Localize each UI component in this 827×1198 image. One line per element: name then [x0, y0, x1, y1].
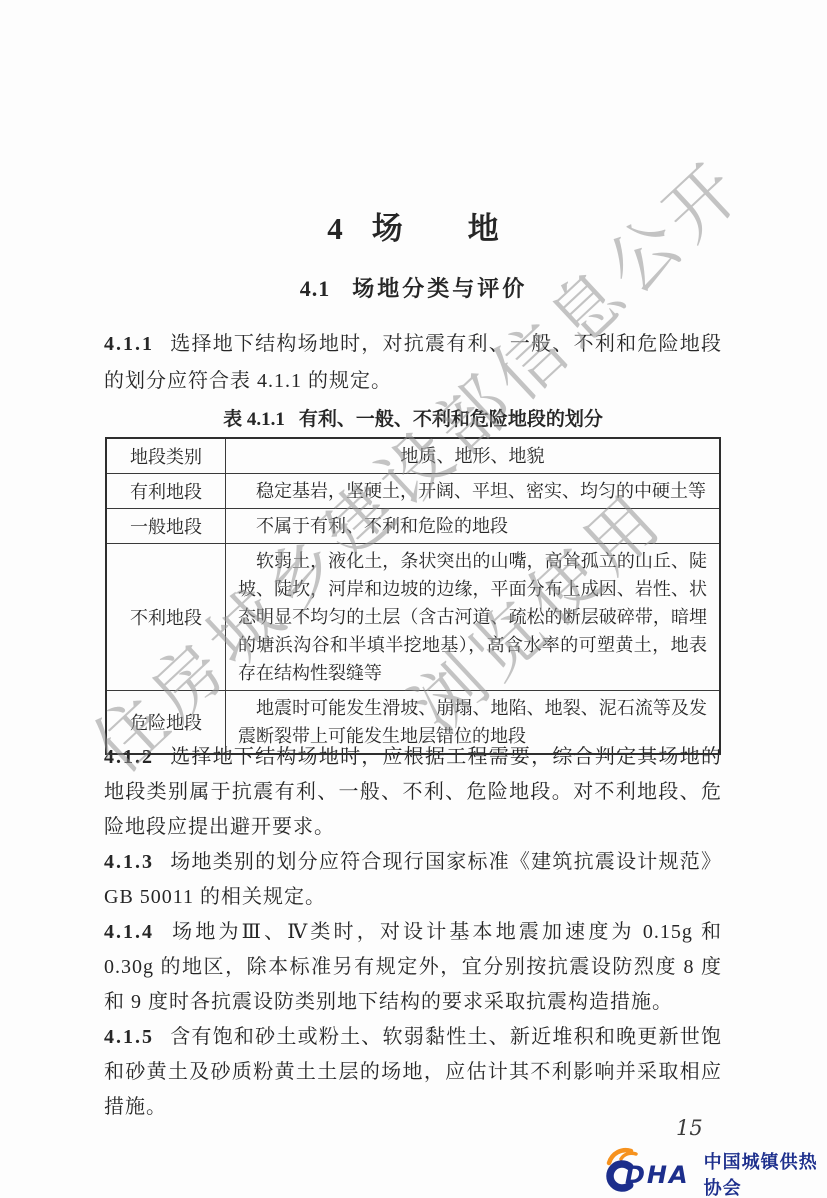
section-title: 场地分类与评价: [352, 276, 527, 301]
row-label: 一般地段: [106, 509, 226, 544]
table-header-row: 地段类别 地质、地形、地貌: [106, 438, 720, 474]
clause-text: 选择地下结构场地时，应根据工程需要，综合判定其场地的地段类别属于抗震有利、一般、…: [104, 746, 722, 838]
clause-text: 含有饱和砂土或粉土、软弱黏性土、新近堆积和晚更新世饱和砂黄土及砂质粉黄土土层的场…: [104, 1026, 722, 1118]
chapter-number: 4: [327, 211, 344, 246]
table-row: 危险地段 地震时可能发生滑坡、崩塌、地陷、地裂、泥石流等及发震断裂带上可能发生地…: [106, 691, 720, 755]
clause-4-1-1: 4.1.1选择地下结构场地时，对抗震有利、一般、不利和危险地段的划分应符合表 4…: [104, 326, 722, 400]
clause-number: 4.1.5: [104, 1026, 154, 1048]
table-row: 不利地段 软弱土，液化土，条状突出的山嘴，高耸孤立的山丘、陡坡、陡坎，河岸和边坡…: [106, 544, 720, 691]
section-number: 4.1: [300, 276, 331, 301]
clause-text: 场地类别的划分应符合现行国家标准《建筑抗震设计规范》GB 50011 的相关规定…: [104, 851, 722, 908]
table-4-1-1: 地段类别 地质、地形、地貌 有利地段 稳定基岩，坚硬土，开阔、平坦、密实、均匀的…: [105, 437, 721, 755]
table-header-category: 地段类别: [106, 438, 226, 474]
clause-4-1-5: 4.1.5含有饱和砂土或粉土、软弱黏性土、新近堆积和晚更新世饱和砂黄土及砂质粉黄…: [104, 1020, 722, 1125]
chapter-title: 场 地: [372, 211, 500, 246]
row-desc: 稳定基岩，坚硬土，开阔、平坦、密实、均匀的中硬土等: [226, 474, 721, 509]
clause-4-1-2: 4.1.2选择地下结构场地时，应根据工程需要，综合判定其场地的地段类别属于抗震有…: [104, 740, 722, 845]
table-caption-title: 有利、一般、不利和危险地段的划分: [299, 409, 603, 430]
table-header-description: 地质、地形、地貌: [226, 438, 721, 474]
row-label: 不利地段: [106, 544, 226, 691]
table-caption: 表 4.1.1有利、一般、不利和危险地段的划分: [104, 404, 722, 431]
row-desc: 地震时可能发生滑坡、崩塌、地陷、地裂、泥石流等及发震断裂带上可能发生地层错位的地…: [226, 691, 721, 755]
table-caption-number: 表 4.1.1: [223, 409, 285, 430]
row-desc: 软弱土，液化土，条状突出的山嘴，高耸孤立的山丘、陡坡、陡坎，河岸和边坡的边缘，平…: [226, 544, 721, 691]
clause-text: 选择地下结构场地时，对抗震有利、一般、不利和危险地段的划分应符合表 4.1.1 …: [104, 333, 722, 392]
cdha-logo: DHA 中国城镇供热协会: [596, 1142, 827, 1198]
table-row: 有利地段 稳定基岩，坚硬土，开阔、平坦、密实、均匀的中硬土等: [106, 474, 720, 509]
clause-4-1-3: 4.1.3场地类别的划分应符合现行国家标准《建筑抗震设计规范》GB 50011 …: [104, 845, 722, 915]
clause-number: 4.1.3: [104, 851, 154, 873]
clause-4-1-4: 4.1.4场地为Ⅲ、Ⅳ类时，对设计基本地震加速度为 0.15g 和 0.30g …: [104, 915, 722, 1020]
chapter-heading: 4场 地: [0, 203, 827, 248]
page-number: 15: [676, 1116, 703, 1140]
row-desc: 不属于有利、不利和危险的地段: [226, 509, 721, 544]
clause-number: 4.1.1: [104, 333, 154, 355]
document-page: 4场 地 4.1场地分类与评价 4.1.1选择地下结构场地时，对抗震有利、一般、…: [0, 0, 827, 1198]
row-label: 有利地段: [106, 474, 226, 509]
dha-acronym: DHA: [625, 1161, 690, 1189]
clause-text: 场地为Ⅲ、Ⅳ类时，对设计基本地震加速度为 0.15g 和 0.30g 的地区，除…: [104, 921, 722, 1013]
section-heading: 4.1场地分类与评价: [0, 272, 827, 303]
clause-number: 4.1.4: [104, 921, 154, 943]
association-name: 中国城镇供热协会: [704, 1148, 827, 1198]
table-row: 一般地段 不属于有利、不利和危险的地段: [106, 509, 720, 544]
row-label: 危险地段: [106, 691, 226, 755]
